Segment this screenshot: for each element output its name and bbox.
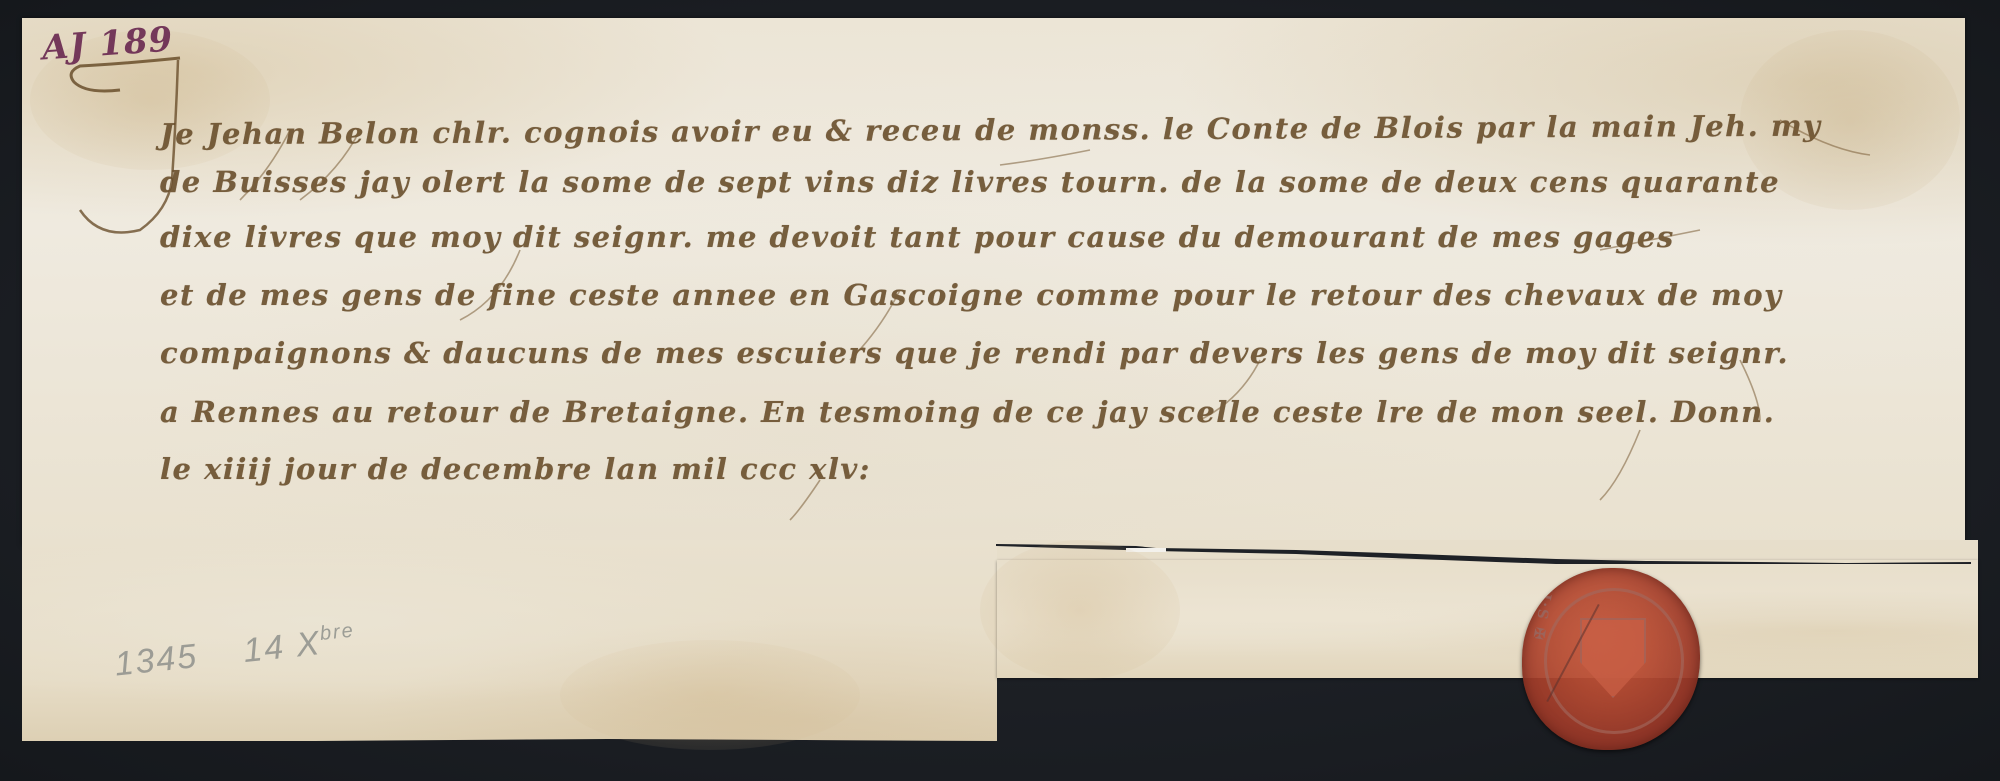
- pencil-day-month: 14 X: [241, 624, 322, 670]
- pencil-year: 1345: [113, 637, 200, 684]
- text-line-3: dixe livres que moy dit seignr. me devoi…: [160, 220, 1675, 254]
- document-photograph: AJ 189 Je Jehan Belon chlr. cognois avoi…: [0, 0, 2000, 781]
- text-line-7: le xiiij jour de decembre lan mil ccc xl…: [160, 452, 871, 486]
- text-line-2: de Buisses jay olert la some de sept vin…: [160, 165, 1780, 199]
- text-line-4: et de mes gens de fine ceste annee en Ga…: [160, 278, 1782, 312]
- tear-slit: [996, 542, 1971, 564]
- text-line-6: a Rennes au retour de Bretaigne. En tesm…: [160, 395, 1775, 429]
- seal-tag-strip: [997, 560, 1978, 678]
- pencil-superscript: bre: [319, 619, 356, 645]
- wax-seal: ✠ S·IEHAN: [1522, 568, 1700, 750]
- text-line-5: compaignons & daucuns de mes escuiers qu…: [160, 336, 1789, 370]
